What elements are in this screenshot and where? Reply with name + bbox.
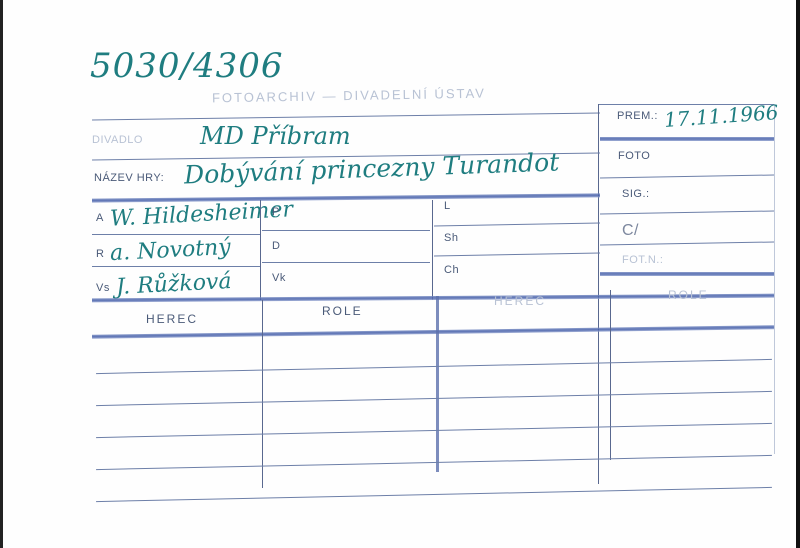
l-line <box>434 223 600 227</box>
table-row <box>96 423 772 438</box>
vs-label: Vs <box>96 282 110 294</box>
fotn-label: FOT.N.: <box>622 254 663 266</box>
credits-divider-1 <box>260 200 261 300</box>
catalog-number: 5030/4306 <box>90 46 284 86</box>
ch-label: Ch <box>444 264 459 276</box>
d-line <box>262 262 430 263</box>
a-label: A <box>96 212 104 224</box>
card-left-edge <box>0 0 3 548</box>
table-row <box>96 359 772 374</box>
a-value: W. Hildesheimer <box>109 197 293 232</box>
nazev-hry-label: NÁZEV HRY: <box>94 172 164 184</box>
title-separator <box>92 193 600 202</box>
table-header-line <box>92 325 774 339</box>
p-line <box>262 230 430 231</box>
sig-label: SIG.: <box>622 188 650 200</box>
r-value: a. Novotný <box>109 235 231 266</box>
table-col-divider-1 <box>262 300 263 488</box>
d-label: D <box>272 240 280 252</box>
frame-top-line <box>92 112 600 120</box>
vs-value: J. Růžková <box>115 269 232 300</box>
r-label: R <box>96 248 104 260</box>
table-col-divider-2 <box>436 296 439 472</box>
c-line <box>600 241 774 245</box>
table-header-herec-1: HEREC <box>146 312 198 326</box>
nazev-hry-value: Dobývání princezny Turandot <box>184 147 560 189</box>
fotn-line <box>600 272 774 276</box>
p-label: P <box>272 206 280 218</box>
divadlo-label: DIVADLO <box>92 134 143 146</box>
divadlo-value: MD Příbram <box>200 122 351 150</box>
vk-label: Vk <box>272 272 286 284</box>
r-line <box>92 266 260 267</box>
table-header-role-2: ROLE <box>668 288 709 302</box>
prem-line <box>600 137 774 141</box>
table-col-divider-3 <box>610 290 611 460</box>
header-stamp: FOTOARCHIV — DIVADELNÍ ÚSTAV <box>212 86 486 106</box>
a-line <box>92 234 260 235</box>
c-label: C/ <box>622 222 639 240</box>
prem-label: PREM.: <box>617 110 658 122</box>
foto-line <box>600 174 774 178</box>
table-row <box>96 487 772 502</box>
table-header-herec-2: HEREC <box>494 294 546 308</box>
sig-line <box>600 210 774 214</box>
archive-card: 5030/4306 FOTOARCHIV — DIVADELNÍ ÚSTAV D… <box>0 0 800 548</box>
frame-right-line <box>774 104 775 454</box>
credits-divider-2 <box>432 200 433 300</box>
l-label: L <box>444 200 451 212</box>
table-row <box>96 455 772 470</box>
foto-label: FOTO <box>618 150 650 162</box>
table-header-role-1: ROLE <box>322 304 363 318</box>
sh-label: Sh <box>444 232 458 244</box>
sh-line <box>434 253 600 257</box>
card-right-edge <box>796 0 800 548</box>
table-row <box>96 391 772 406</box>
